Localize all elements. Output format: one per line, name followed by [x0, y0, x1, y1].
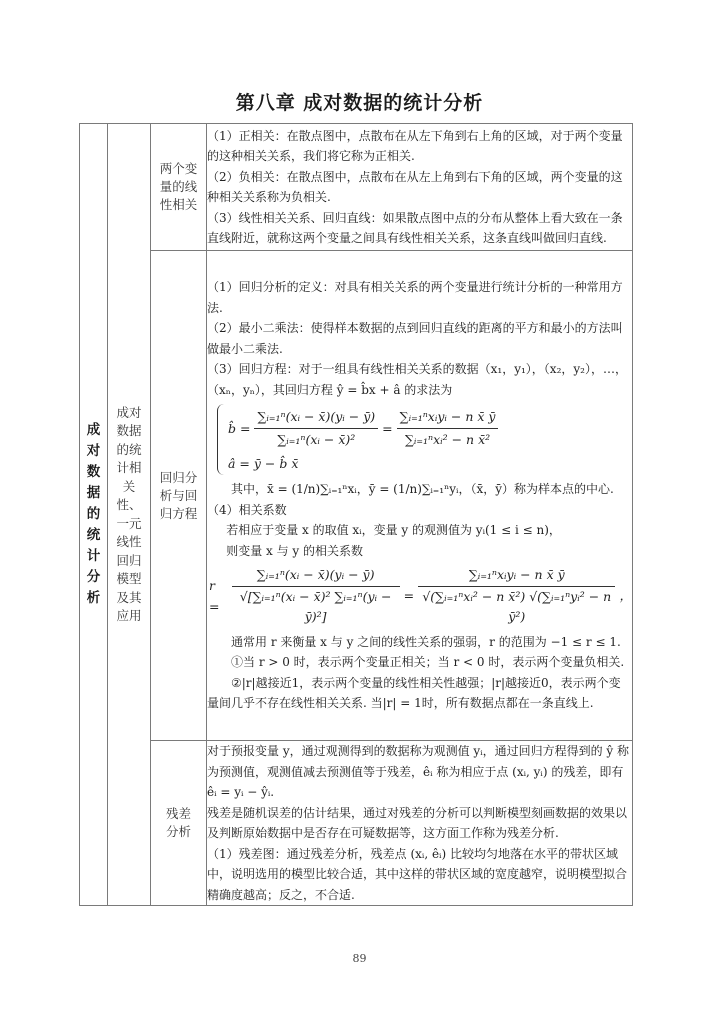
content-residual-analysis: 对于预报变量 y，通过观测得到的数据称为观测值 yᵢ，通过回归方程得到的 ŷ 称… [207, 741, 633, 906]
paragraph: 其中，x̄ = (1/n)∑ᵢ₌₁ⁿxᵢ，ȳ = (1/n)∑ᵢ₌₁ⁿyᵢ，（x… [207, 479, 632, 500]
denominator: ∑ᵢ₌₁ⁿ(xᵢ − x̄)² [254, 429, 378, 451]
summary-table: 成 对 数 据 的 统 计 分 析 成对 数据 的统 计相 关 性、 一元 线性… [79, 123, 633, 906]
denominator: ∑ᵢ₌₁ⁿxᵢ² − n x̄² [397, 429, 499, 451]
topic-line: 残差 [151, 805, 206, 823]
equals-sign: = [404, 586, 414, 607]
label-line: 应用 [108, 607, 150, 626]
paragraph: （1）回归分析的定义：对具有相关关系的两个变量进行统计分析的一种常用方法. [207, 277, 632, 318]
b-hat-fraction-2: ∑ᵢ₌₁ⁿxᵢyᵢ − n x̄ ȳ ∑ᵢ₌₁ⁿxᵢ² − n x̄² [397, 406, 499, 451]
paragraph: （3）线性相关关系、回归直线：如果散点图中点的分布从整体上看大致在一条直线附近，… [207, 208, 632, 249]
content-linear-correlation: （1）正相关：在散点图中，点散布在从左下角到右上角的区域，对于两个变量的这种相关… [207, 124, 633, 251]
label-line: 回归 [108, 552, 150, 571]
label-line: 模型 [108, 570, 150, 589]
section-label-main: 成 对 数 据 的 统 计 分 析 [80, 124, 108, 906]
a-hat-formula: â = ȳ − b̂ x̄ [228, 453, 498, 475]
r-fraction-1: ∑ᵢ₌₁ⁿ(xᵢ − x̄)(yᵢ − ȳ) √[∑ᵢ₌₁ⁿ(xᵢ − x̄)²… [232, 565, 400, 628]
topic-line: 量的线 [151, 178, 206, 196]
paragraph: ②|r|越接近1，表示两个变量的线性相关性越强；|r|越接近0，表示两个变量间几… [207, 673, 632, 714]
label-char: 统 [80, 525, 107, 546]
numerator: ∑ᵢ₌₁ⁿxᵢyᵢ − n x̄ ȳ [397, 406, 499, 429]
b-hat-fraction-1: ∑ᵢ₌₁ⁿ(xᵢ − x̄)(yᵢ − ȳ) ∑ᵢ₌₁ⁿ(xᵢ − x̄)² [254, 406, 378, 451]
paragraph: ①当 r > 0 时，表示两个变量正相关；当 r < 0 时，表示两个变量负相关… [207, 652, 632, 673]
topic-regression: 回归分 析与回 归方程 [151, 251, 207, 741]
paragraph: （1）残差图：通过残差分析，残差点 (xᵢ, êᵢ) 比较均匀地落在水平的带状区… [207, 844, 632, 906]
label-line: 一元 [108, 515, 150, 534]
topic-line: 析与回 [151, 487, 206, 505]
label-char: 据 [80, 483, 107, 504]
paragraph: 残差是随机误差的估计结果，通过对残差的分析可以判断模型刻画数据的效果以及判断原始… [207, 803, 632, 844]
topic-linear-correlation: 两个变 量的线 性相关 [151, 124, 207, 251]
paragraph: 对于预报变量 y，通过观测得到的数据称为观测值 yᵢ，通过回归方程得到的 ŷ 称… [207, 741, 632, 803]
label-char: 析 [80, 588, 107, 609]
topic-line: 性相关 [151, 196, 206, 214]
paragraph: 若相应于变量 x 的取值 xᵢ，变量 y 的观测值为 yᵢ(1 ≤ i ≤ n)… [207, 520, 632, 541]
paragraph: （4）相关系数 [207, 500, 632, 521]
label-char: 计 [80, 546, 107, 567]
comma: ， [619, 586, 632, 607]
denominator: √[∑ᵢ₌₁ⁿ(xᵢ − x̄)² ∑ᵢ₌₁ⁿ(yᵢ − ȳ)²] [232, 587, 400, 628]
label-char: 的 [80, 504, 107, 525]
topic-residual-analysis: 残差 分析 [151, 741, 207, 906]
paragraph: （3）回归方程：对于一组具有线性相关关系的数据（x₁，y₁），（x₂，y₂），…… [207, 359, 632, 380]
chapter-title: 第八章 成对数据的统计分析 [0, 88, 719, 115]
denominator: √(∑ᵢ₌₁ⁿxᵢ² − n x̄²) √(∑ᵢ₌₁ⁿyᵢ² − n ȳ²) [418, 587, 615, 628]
label-line: 性、 [108, 496, 150, 515]
topic-line: 回归分 [151, 469, 206, 487]
topic-line: 归方程 [151, 505, 206, 523]
r-fraction-2: ∑ᵢ₌₁ⁿxᵢyᵢ − n x̄ ȳ √(∑ᵢ₌₁ⁿxᵢ² − n x̄²) √… [418, 565, 615, 628]
label-line: 的统 [108, 441, 150, 460]
label-char: 成 [80, 420, 107, 441]
paragraph: （1）正相关：在散点图中，点散布在从左下角到右上角的区域，对于两个变量的这种相关… [207, 126, 632, 167]
label-line: 计相 [108, 459, 150, 478]
page-number: 89 [0, 952, 719, 965]
paragraph: 通常用 r 来衡量 x 与 y 之间的线性关系的强弱，r 的范围为 −1 ≤ r… [207, 632, 632, 653]
r-label: r = [209, 576, 228, 617]
topic-line: 两个变 [151, 160, 206, 178]
numerator: ∑ᵢ₌₁ⁿ(xᵢ − x̄)(yᵢ − ȳ) [254, 406, 378, 429]
label-char: 数 [80, 462, 107, 483]
brace-icon [217, 404, 224, 475]
label-line: 关 [108, 478, 150, 497]
label-line: 线性 [108, 533, 150, 552]
label-char: 分 [80, 567, 107, 588]
topic-line: 分析 [151, 823, 206, 841]
equals-sign: = [382, 418, 392, 440]
numerator: ∑ᵢ₌₁ⁿxᵢyᵢ − n x̄ ȳ [418, 565, 615, 587]
paragraph: 则变量 x 与 y 的相关系数 [207, 541, 632, 562]
regression-formula: b̂ = ∑ᵢ₌₁ⁿ(xᵢ − x̄)(yᵢ − ȳ) ∑ᵢ₌₁ⁿ(xᵢ − x… [217, 404, 632, 475]
label-char: 对 [80, 441, 107, 462]
label-line: 及其 [108, 589, 150, 608]
label-line: 成对 [108, 404, 150, 423]
paragraph: （2）最小二乘法：使得样本数据的点到回归直线的距离的平方和最小的方法叫做最小二乘… [207, 318, 632, 359]
paragraph: （xₙ，yₙ），其回归方程 ŷ = b̂x + â 的求法为 [207, 380, 632, 401]
b-hat-label: b̂ = [228, 418, 250, 440]
section-label-sub: 成对 数据 的统 计相 关 性、 一元 线性 回归 模型 及其 应用 [108, 124, 151, 906]
content-regression: （1）回归分析的定义：对具有相关关系的两个变量进行统计分析的一种常用方法. （2… [207, 251, 633, 741]
paragraph: （2）负相关：在散点图中，点散布在从左上角到右下角的区域，两个变量的这种相关关系… [207, 167, 632, 208]
numerator: ∑ᵢ₌₁ⁿ(xᵢ − x̄)(yᵢ − ȳ) [232, 565, 400, 587]
correlation-formula: r = ∑ᵢ₌₁ⁿ(xᵢ − x̄)(yᵢ − ȳ) √[∑ᵢ₌₁ⁿ(xᵢ − … [209, 565, 632, 628]
label-line: 数据 [108, 422, 150, 441]
